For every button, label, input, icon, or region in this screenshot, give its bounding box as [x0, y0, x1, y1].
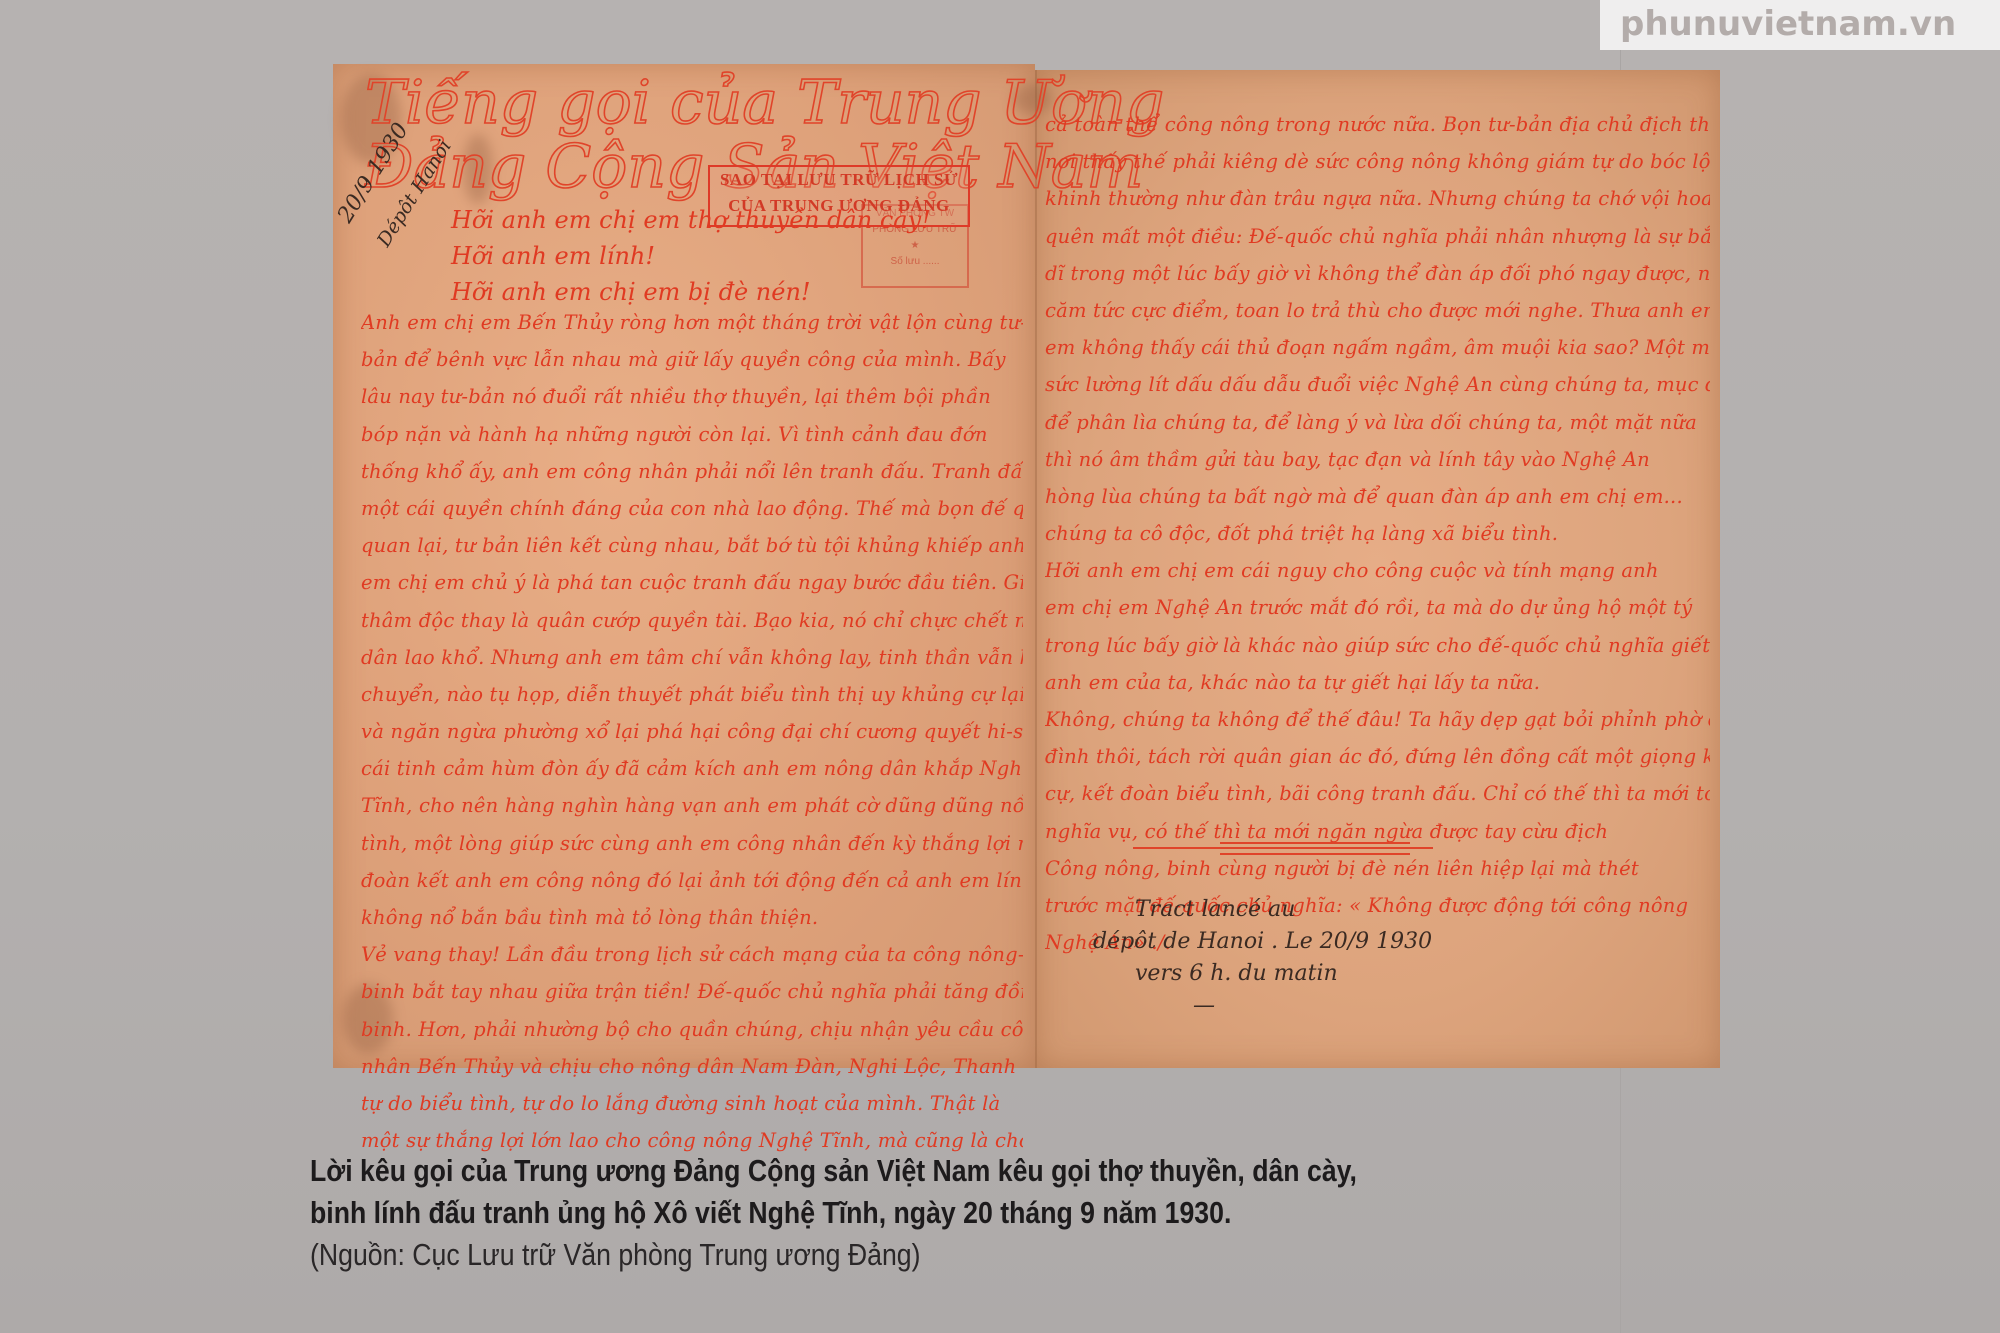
- handwritten-line: một cái quyền chính đáng của con nhà lao…: [361, 490, 1023, 527]
- handwritten-line: thì nó âm thầm gửi tàu bay, tạc đạn và l…: [1045, 441, 1710, 478]
- handwritten-line: binh. Hơn, phải nhường bộ cho quần chúng…: [361, 1011, 1023, 1048]
- closing-rule: [1220, 842, 1410, 844]
- handwritten-line: quên mất một điều: Đế-quốc chủ nghĩa phả…: [1045, 218, 1710, 255]
- handwritten-line: cự, kết đoàn biểu tình, bãi công tranh đ…: [1045, 775, 1710, 812]
- handwritten-line: sức lường lít dấu dấu dẫu đuổi việc Nghệ…: [1045, 366, 1710, 403]
- handwritten-line: Anh em chị em Bến Thủy ròng hơn một thán…: [361, 304, 1023, 341]
- handwritten-line: em không thấy cái thủ đoạn ngấm ngầm, âm…: [1045, 329, 1710, 366]
- handwritten-line: cái tinh cảm hùm đòn ấy đã cảm kích anh …: [361, 750, 1023, 787]
- handwritten-line: Hỡi anh em chị em cái nguy cho công cuộc…: [1045, 552, 1710, 589]
- site-watermark: phunuvietnam.vn: [1620, 4, 1956, 44]
- handwritten-line: thâm độc thay là quân cướp quyền tài. Bạ…: [361, 602, 1023, 639]
- right-page-body: cả toàn thể công nông trong nước nữa. Bọ…: [1045, 106, 1710, 961]
- handwritten-line: em chị em Nghệ An trước mắt đó rồi, ta m…: [1045, 589, 1710, 626]
- greeting-line: Hỡi anh em chị em thợ thuyền dân cày!: [451, 202, 931, 238]
- handwritten-line: Vẻ vang thay! Lần đầu trong lịch sử cách…: [361, 936, 1023, 973]
- handwritten-line: đình thôi, tách rời quân gian ác đó, đứn…: [1045, 738, 1710, 775]
- handwritten-line: Công nông, binh cùng người bị đè nén liê…: [1045, 850, 1710, 887]
- handwritten-line: Không, chúng ta không để thế đâu! Ta hãy…: [1045, 701, 1710, 738]
- handwritten-line: nghĩa vụ, có thế thì ta mới ngăn ngừa đư…: [1045, 813, 1710, 850]
- fold-line: [1035, 70, 1037, 1068]
- note-line: —: [1093, 990, 1432, 1022]
- note-line: dépôt de Hanoi . Le 20/9 1930: [1093, 926, 1432, 958]
- handwritten-line: để phân lìa chúng ta, để làng ý và lừa d…: [1045, 404, 1710, 441]
- greeting-line: Hỡi anh em lính!: [451, 238, 931, 274]
- handwritten-line: tự do biểu tình, tự do lo lắng đường sin…: [361, 1085, 1023, 1122]
- handwritten-line: và ngăn ngừa phường xổ lại phá hại công …: [361, 713, 1023, 750]
- handwritten-line: dân lao khổ. Nhưng anh em tâm chí vẫn kh…: [361, 639, 1023, 676]
- handwritten-line: quan lại, tư bản liên kết cùng nhau, bắt…: [361, 527, 1023, 564]
- handwritten-line: chúng ta cô độc, đốt phá triệt hạ làng x…: [1045, 515, 1710, 552]
- handwritten-line: cả toàn thể công nông trong nước nữa. Bọ…: [1045, 106, 1710, 143]
- handwritten-line: binh bắt tay nhau giữa trận tiền! Đế-quố…: [361, 973, 1023, 1010]
- handwritten-line: nhân Bến Thủy và chịu cho nông dân Nam Đ…: [361, 1048, 1023, 1085]
- handwritten-line: anh em của ta, khác nào ta tự giết hại l…: [1045, 664, 1710, 701]
- greeting-list: Hỡi anh em chị em thợ thuyền dân cày! Hỡ…: [451, 202, 931, 310]
- handwritten-line: dĩ trong một lúc bấy giờ vì không thể đà…: [1045, 255, 1710, 292]
- archive-pencil-note: Tract lancé au dépôt de Hanoi . Le 20/9 …: [1093, 894, 1432, 1022]
- caption-title-line2: binh lính đấu tranh ủng hộ Xô viết Nghệ …: [310, 1192, 1357, 1234]
- handwritten-line: đoàn kết anh em công nông đó lại ảnh tới…: [361, 862, 1023, 899]
- handwritten-line: căm tức cực điểm, toan lo trả thù cho đư…: [1045, 292, 1710, 329]
- caption-source: (Nguồn: Cục Lưu trữ Văn phòng Trung ương…: [310, 1234, 1357, 1276]
- handwritten-line: không nổ bắn bầu tình mà tỏ lòng thân th…: [361, 899, 1023, 936]
- closing-rule: [1220, 853, 1410, 855]
- handwritten-line: nơi thấy thế phải kiêng dè sức công nông…: [1045, 143, 1710, 180]
- handwritten-line: em chị em chủ ý là phá tan cuộc tranh đấ…: [361, 564, 1023, 601]
- handwritten-line: bóp nặn và hành hạ những người còn lại. …: [361, 416, 1023, 453]
- exhibit-caption: Lời kêu gọi của Trung ương Đảng Cộng sản…: [310, 1150, 1527, 1276]
- note-line: vers 6 h. du matin: [1093, 958, 1432, 990]
- left-page-body: Anh em chị em Bến Thủy ròng hơn một thán…: [361, 304, 1023, 1159]
- note-line: Tract lancé au: [1093, 894, 1432, 926]
- handwritten-line: trong lúc bấy giờ là khác nào giúp sức c…: [1045, 627, 1710, 664]
- closing-rule: [1133, 847, 1433, 849]
- handwritten-line: lâu nay tư-bản nó đuổi rất nhiều thợ thu…: [361, 378, 1023, 415]
- handwritten-line: Tĩnh, cho nên hàng nghìn hàng vạn anh em…: [361, 787, 1023, 824]
- stamp-line1: SAO TẠI LƯU TRỮ LỊCH SỬ: [710, 167, 968, 193]
- handwritten-line: bản để bênh vực lẫn nhau mà giữ lấy quyề…: [361, 341, 1023, 378]
- handwritten-line: tình, một lòng giúp sức cùng anh em công…: [361, 825, 1023, 862]
- handwritten-line: hòng lùa chúng ta bất ngờ mà để quan đàn…: [1045, 478, 1710, 515]
- handwritten-line: khinh thường như đàn trâu ngựa nữa. Nhưn…: [1045, 180, 1710, 217]
- historical-document: Tiếng gọi của Trung Ương Đảng Cộng Sản V…: [333, 64, 1720, 1068]
- caption-title-line1: Lời kêu gọi của Trung ương Đảng Cộng sản…: [310, 1150, 1357, 1192]
- handwritten-line: chuyển, nào tụ họp, diễn thuyết phát biể…: [361, 676, 1023, 713]
- handwritten-line: thống khổ ấy, anh em công nhân phải nổi …: [361, 453, 1023, 490]
